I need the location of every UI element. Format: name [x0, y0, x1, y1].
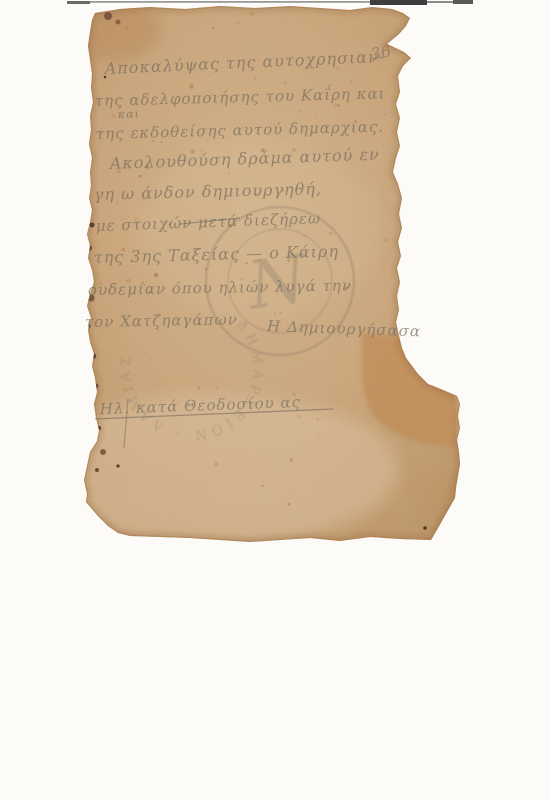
paper-freckle — [384, 238, 389, 243]
paper-freckle — [189, 84, 193, 88]
paper-freckle — [284, 81, 287, 84]
handwriting-line: τον Χατζηαγάπων — [85, 310, 238, 331]
paper-damage-spot — [423, 526, 427, 530]
scanner-bar-segment — [90, 1, 370, 3]
paper-freckle — [318, 437, 319, 438]
paper-freckle — [126, 27, 128, 29]
paper-freckle — [287, 503, 290, 506]
paper-freckle — [350, 80, 353, 83]
paper-freckle — [289, 458, 293, 462]
paper-freckle — [278, 352, 280, 354]
scanner-bar-segment — [453, 0, 473, 4]
paper-freckle — [298, 110, 301, 113]
paper-freckle — [315, 114, 317, 116]
scanner-bar-segment — [67, 1, 90, 4]
paper-freckle — [338, 104, 340, 106]
paper-damage-spot — [95, 468, 99, 472]
paper-freckle — [297, 415, 300, 418]
paper-freckle — [111, 114, 115, 118]
paper-freckle — [329, 232, 332, 235]
paper-freckle — [372, 242, 374, 244]
paper-freckle — [383, 113, 386, 116]
paper-freckle — [216, 386, 219, 389]
paper-freckle — [214, 462, 218, 466]
paper-freckle — [254, 77, 257, 80]
paper-freckle — [161, 20, 163, 22]
paper-freckle — [237, 21, 241, 25]
paper-damage-spot — [90, 223, 95, 228]
paper-freckle — [317, 418, 319, 420]
paper-freckle — [437, 391, 438, 392]
scanner-bar-segment — [370, 0, 427, 5]
paper-freckle — [197, 386, 200, 389]
scanner-bar-segment — [427, 1, 453, 3]
scanned-document-page: ΔΗΜΑΡΧΕΙΟΝ · ΛΑΜΙΑΣ · Ν Αποκαλύψας της α… — [0, 0, 549, 800]
paper-freckle — [154, 273, 158, 277]
paper-damage-spot — [116, 464, 119, 467]
paper-freckle — [228, 172, 231, 175]
paper-freckle — [212, 27, 214, 29]
paper-damage-spot — [100, 449, 106, 455]
paper-freckle — [261, 485, 263, 487]
paper-freckle — [250, 12, 254, 16]
paper-freckle — [189, 389, 190, 390]
paper-freckle — [139, 175, 142, 178]
paper-damage-spot — [116, 20, 121, 25]
paper-freckle — [231, 264, 232, 265]
paper-damage-spot — [104, 12, 112, 20]
paper-freckle — [151, 358, 153, 360]
handwriting-line: και — [117, 107, 140, 121]
